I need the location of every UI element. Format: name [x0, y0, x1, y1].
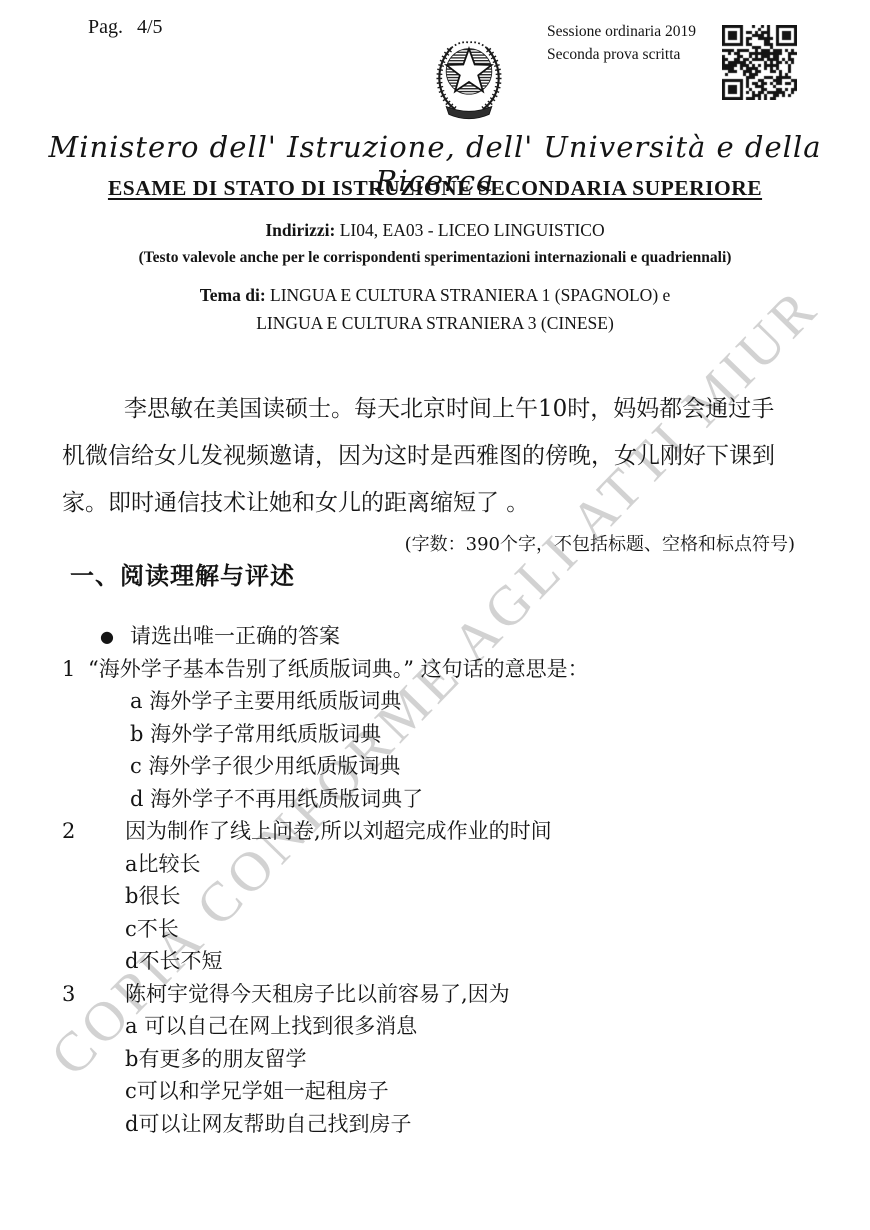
reading-passage: 李思敏在美国读硕士。每天北京时间上午10时，妈妈都会通过手 机微信给女儿发视频邀… [62, 386, 798, 527]
instruction-line: ●请选出唯一正确的答案 [62, 620, 822, 653]
question-2-option-d: d不长不短 [62, 945, 822, 978]
page-number: Pag.4/5 [88, 16, 163, 39]
question-2-option-b: b很长 [62, 880, 822, 913]
italy-republic-emblem-icon [425, 32, 513, 122]
word-count-note: (字数：390个字，不包括标题、空格和标点符号) [0, 530, 795, 556]
question-1-option-a: a 海外学子主要用纸质版词典 [62, 685, 822, 718]
indirizzi-value: LI04, EA03 - LICEO LINGUISTICO [335, 220, 604, 240]
question-number: 2 [62, 815, 125, 848]
tema-line-1: Tema di: LINGUA E CULTURA STRANIERA 1 (S… [0, 285, 870, 306]
question-1: 1“海外学子基本告别了纸质版词典。” 这句话的意思是： [62, 653, 822, 686]
question-text: 因为制作了线上问卷,所以刘超完成作业的时间 [125, 819, 552, 843]
validity-note: (Testo valevole anche per le corrisponde… [0, 249, 870, 267]
indirizzi-line: Indirizzi: LI04, EA03 - LICEO LINGUISTIC… [0, 220, 870, 241]
question-2-option-c: c不长 [62, 913, 822, 946]
question-1-option-c: c 海外学子很少用纸质版词典 [62, 750, 822, 783]
tema-value: LINGUA E CULTURA STRANIERA 1 (SPAGNOLO) … [266, 285, 671, 305]
exam-title: ESAME DI STATO DI ISTRUZIONE SECONDARIA … [0, 176, 870, 201]
document-page: COPIA CONFORME AGLI ATTI MIUR Pag.4/5 Se… [0, 0, 870, 1230]
session-line: Seconda prova scritta [547, 43, 696, 66]
passage-line: 李思敏在美国读硕士。每天北京时间上午10时，妈妈都会通过手 [62, 386, 798, 433]
question-2-option-a: a比较长 [62, 848, 822, 881]
session-line: Sessione ordinaria 2019 [547, 20, 696, 43]
passage-line: 机微信给女儿发视频邀请，因为这时是西雅图的傍晚，女儿刚好下课到 [62, 433, 798, 480]
tema-line-2: LINGUA E CULTURA STRANIERA 3 (CINESE) [0, 313, 870, 334]
question-3-option-d: d可以让网友帮助自己找到房子 [62, 1108, 822, 1141]
instruction-text: 请选出唯一正确的答案 [130, 624, 340, 648]
question-text: 陈柯宇觉得今天租房子比以前容易了,因为 [125, 982, 510, 1006]
indirizzi-label: Indirizzi: [265, 220, 335, 240]
bullet-icon: ● [62, 621, 130, 654]
question-3-option-c: c可以和学兄学姐一起租房子 [62, 1075, 822, 1108]
question-number: 1 [62, 653, 88, 686]
question-3-option-b: b有更多的朋友留学 [62, 1043, 822, 1076]
question-3-option-a: a 可以自己在网上找到很多消息 [62, 1010, 822, 1043]
tema-label: Tema di: [200, 285, 266, 305]
passage-line: 家。即时通信技术让她和女儿的距离缩短了 。 [62, 480, 798, 527]
question-number: 3 [62, 978, 125, 1011]
question-1-option-d: d 海外学子不再用纸质版词典了 [62, 783, 822, 816]
question-3: 3陈柯宇觉得今天租房子比以前容易了,因为 [62, 978, 822, 1011]
session-info: Sessione ordinaria 2019 Seconda prova sc… [547, 20, 696, 66]
section-heading: 一、阅读理解与评述 [70, 556, 295, 591]
page-number-label: Pag. [88, 16, 123, 38]
question-2: 2因为制作了线上问卷,所以刘超完成作业的时间 [62, 815, 822, 848]
question-section: ●请选出唯一正确的答案 1“海外学子基本告别了纸质版词典。” 这句话的意思是： … [62, 620, 822, 1140]
qr-code [722, 25, 797, 100]
question-1-option-b: b 海外学子常用纸质版词典 [62, 718, 822, 751]
question-text: “海外学子基本告别了纸质版词典。” 这句话的意思是： [88, 657, 589, 681]
page-number-value: 4/5 [137, 16, 163, 38]
